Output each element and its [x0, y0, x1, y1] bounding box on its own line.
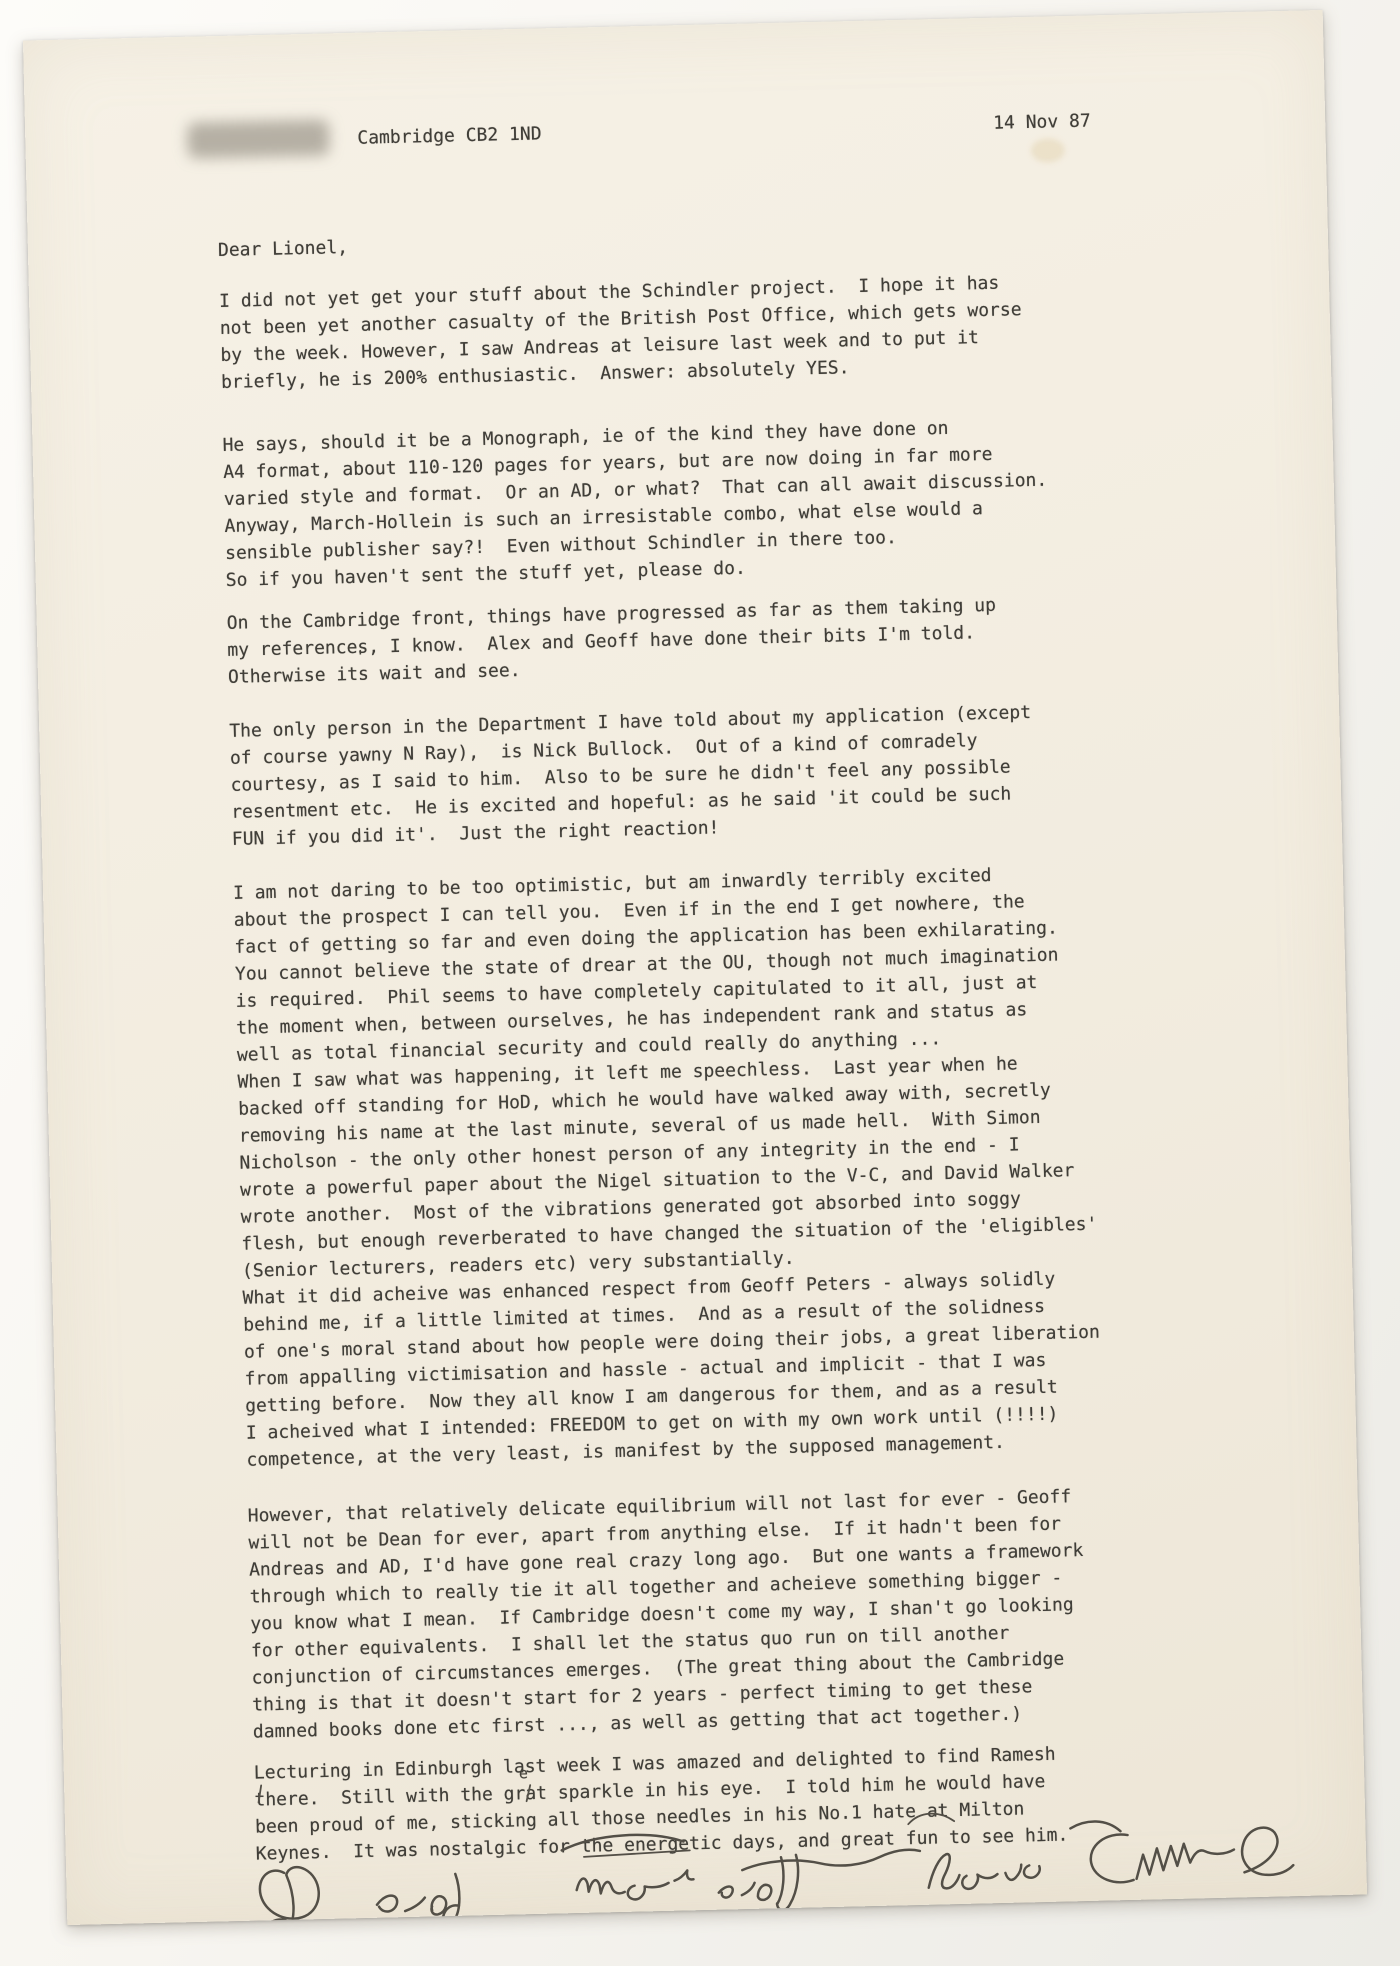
signature	[1070, 1817, 1293, 1884]
paragraph-4: The only person in the Department I have…	[229, 699, 1034, 853]
paragraph-6: However, that relatively delicate equili…	[247, 1483, 1087, 1746]
handwriting-send	[376, 1874, 460, 1925]
letter-page: Cambridge CB2 1ND 14 Nov 87 Dear Lionel,…	[23, 10, 1367, 1925]
paper-stain	[1031, 138, 1066, 163]
letter-sheet: Cambridge CB2 1ND 14 Nov 87 Dear Lionel,…	[23, 10, 1367, 1925]
paragraph-3: On the Cambridge front, things have prog…	[226, 592, 997, 691]
handwriting-love	[928, 1852, 1040, 1890]
handwriting-do	[259, 1867, 319, 1925]
salutation: Dear Lionel,	[218, 234, 349, 264]
paragraph-5: I am not daring to be too optimistic, bu…	[233, 860, 1103, 1474]
paragraph-1: I did not yet get your stuff about the S…	[219, 269, 1023, 396]
typed-correction-apostrophe: '	[355, 649, 365, 665]
letter-date: 14 Nov 87	[993, 107, 1091, 136]
paragraph-2: He says, should it be a Monograph, ie of…	[222, 413, 1049, 594]
paragraph-7: Lecturing in Edinburgh last week I was a…	[254, 1740, 1069, 1867]
handwriting-stuff	[718, 1850, 921, 1912]
typed-correction-inserted-e: e	[519, 1765, 528, 1781]
letter-location: Cambridge CB2 1ND	[357, 120, 542, 151]
redacted-address	[187, 119, 330, 158]
photo-backdrop: { "letter": { "header": { "location": "C…	[0, 0, 1400, 1966]
